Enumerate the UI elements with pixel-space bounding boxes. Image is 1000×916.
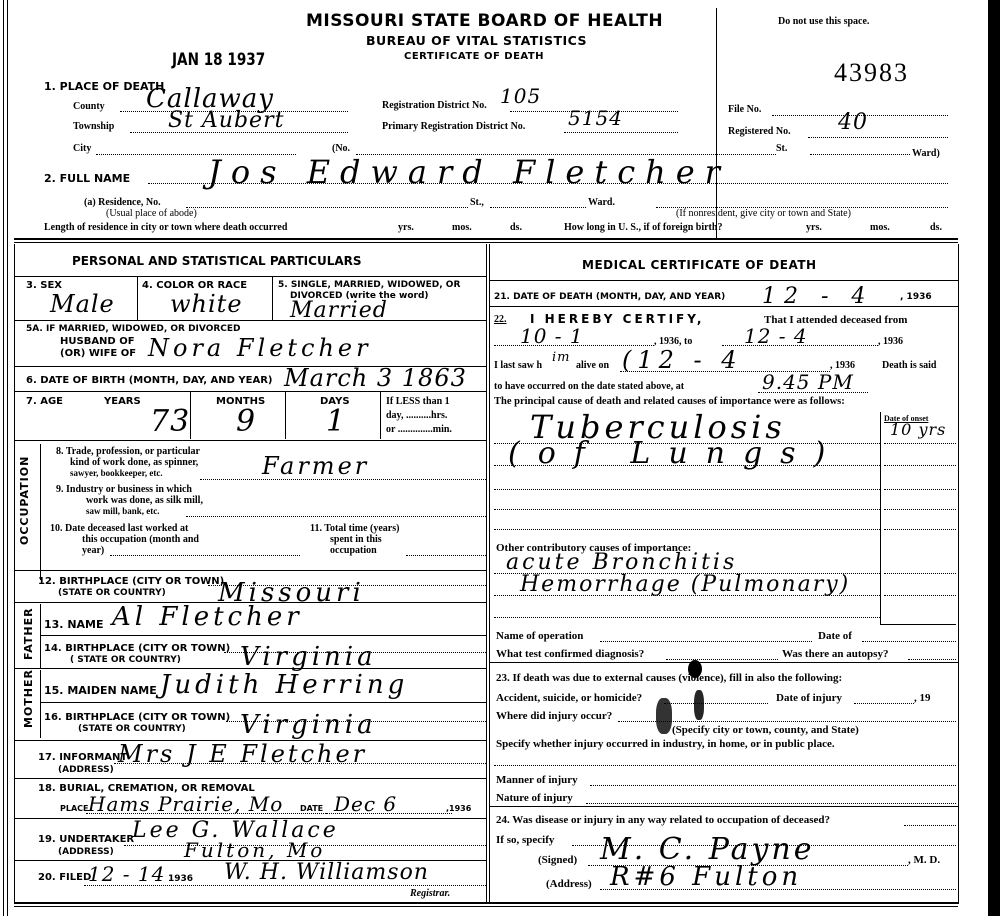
occupation-related-label: 24. Was disease or injury in any way rel…: [496, 814, 830, 826]
residence-sub: (Usual place of abode): [106, 208, 197, 219]
cause-line-5[interactable]: [494, 528, 880, 530]
last-worked-label-3: year): [82, 545, 104, 556]
row-rule: [490, 806, 958, 807]
undertaker-label: 19. UNDERTAKER: [38, 834, 134, 845]
certificate-number: 43983: [834, 58, 909, 88]
row-rule: [14, 778, 486, 779]
industry-label-2: work was done, as silk mill,: [86, 495, 203, 506]
onset-line: [884, 488, 956, 490]
industry-label-3: saw mill, bank, etc.: [86, 506, 160, 516]
time-value: 9.45 PM: [762, 370, 854, 394]
burial-date-value: Dec 6: [334, 792, 397, 816]
occupation-related-field[interactable]: [904, 824, 956, 826]
residence-st-label: St.,: [470, 197, 484, 208]
onset-line: [884, 464, 956, 466]
scan-edge: [988, 0, 1000, 916]
signed-label: (Signed): [538, 854, 577, 866]
city-label: City: [73, 143, 91, 154]
burial-year: ,1936: [446, 804, 471, 813]
center-divider: [486, 244, 487, 904]
burial-place-label: PLACE: [60, 804, 89, 813]
nature-field[interactable]: [586, 802, 956, 804]
years-label: YEARS: [104, 396, 141, 407]
foreign-ds-label: ds.: [930, 222, 942, 233]
autopsy-field[interactable]: [908, 658, 956, 660]
center-divider-2: [489, 244, 490, 904]
right-form-edge: [958, 244, 959, 904]
diagnosis-label: What test confirmed diagnosis?: [496, 648, 644, 660]
onset-line: [884, 528, 956, 530]
filed-label: 20. FILED: [38, 872, 91, 883]
manner-field[interactable]: [590, 784, 956, 786]
injury-date-label: Date of injury: [776, 692, 842, 704]
onset-bottom: [880, 624, 956, 625]
street-st-label: St.: [776, 143, 787, 154]
length-mos-label: mos.: [452, 222, 472, 233]
office-note: Do not use this space.: [778, 16, 869, 27]
operation-date-label: Date of: [818, 630, 852, 642]
diagnosis-field[interactable]: [666, 658, 778, 660]
cell-divider: [285, 391, 286, 439]
occupation-side-label: OCCUPATION: [18, 456, 31, 545]
onset-line: [884, 442, 956, 444]
dob-value: March 3 1863: [284, 364, 467, 392]
full-name-value: Jos Edward Fletcher: [208, 153, 730, 191]
file-no-label: File No.: [728, 104, 761, 115]
hours-label: day, ..........hrs.: [386, 410, 447, 421]
trade-label-1: 8. Trade, profession, or particular: [56, 446, 200, 457]
if-so-label: If so, specify: [496, 834, 554, 846]
length-yrs-label: yrs.: [398, 222, 414, 233]
cause-line-3[interactable]: [494, 488, 880, 490]
specify-city-label: (Specify city or town, county, and State…: [672, 724, 859, 736]
informant-value: Mrs J E Fletcher: [118, 740, 367, 768]
header-rule-2: [14, 242, 958, 243]
father-side-label: FATHER: [22, 607, 35, 660]
left-border-inner: [7, 0, 8, 916]
trade-label-3: sawyer, bookkeeper, etc.: [70, 468, 163, 478]
received-stamp: JAN 18 1937: [172, 50, 265, 70]
operation-label: Name of operation: [496, 630, 583, 642]
spouse-label-2: HUSBAND OF: [60, 336, 135, 347]
township-value: St Aubert: [168, 108, 284, 133]
reg-district-label: Registration District No.: [382, 100, 487, 111]
spouse-label-3: (OR) WIFE OF: [60, 348, 136, 359]
external-causes-label: 23. If death was due to external causes …: [496, 672, 842, 684]
row-rule: [490, 306, 958, 307]
registrar-label: Registrar.: [410, 888, 450, 899]
row-rule: [40, 635, 486, 636]
md-label: , M. D.: [908, 854, 940, 866]
injury-date-field[interactable]: [854, 702, 914, 704]
accident-field[interactable]: [664, 702, 768, 704]
row-rule: [14, 391, 486, 392]
principal-cause-label: The principal cause of death and related…: [494, 396, 845, 407]
physician-address: R#6 Fulton: [610, 862, 802, 892]
occurred-label: to have occurred on the date stated abov…: [494, 381, 684, 392]
bottom-rule: [14, 902, 958, 904]
residence-ward-label: Ward.: [588, 197, 615, 208]
last-saw-value: (12 - 4: [622, 346, 743, 374]
mother-birth-value: Virginia: [240, 710, 377, 740]
informant-sub: (ADDRESS): [58, 765, 114, 775]
registered-no-value: 40: [838, 110, 868, 135]
burial-date-label: DATE: [300, 804, 323, 813]
mother-bracket: [40, 670, 41, 738]
left-form-edge: [14, 244, 15, 904]
father-name-value: Al Fletcher: [112, 602, 303, 632]
primary-reg-label: Primary Registration District No.: [382, 121, 525, 132]
age-label: 7. AGE: [26, 396, 63, 407]
marital-label: 5. SINGLE, MARRIED, WIDOWED, OR: [278, 280, 460, 290]
medical-section-title: MEDICAL CERTIFICATE OF DEATH: [582, 258, 817, 272]
cause-value-2: (of Lungs): [508, 436, 843, 471]
ink-blot: [688, 660, 702, 678]
length-residence-label: Length of residence in city or town wher…: [44, 222, 287, 233]
township-label: Township: [73, 121, 114, 132]
row-rule: [490, 280, 958, 281]
length-ds-label: ds.: [510, 222, 522, 233]
registered-no-field[interactable]: [808, 136, 948, 138]
industry-label-1: 9. Industry or business in which: [56, 484, 192, 495]
father-name-label: 13. NAME: [44, 618, 104, 631]
row-rule: [40, 702, 486, 703]
last-worked-label-1: 10. Date deceased last worked at: [50, 523, 188, 534]
row-rule: [14, 668, 486, 669]
last-saw-him: im: [552, 350, 571, 365]
total-time-label-1: 11. Total time (years): [310, 523, 399, 534]
total-time-label-2: spent in this: [330, 534, 382, 545]
onset-line: [884, 572, 956, 574]
last-worked-label-2: this occupation (month and: [82, 534, 199, 545]
nonresident-note: (If nonresident, give city or town and S…: [676, 208, 851, 219]
ink-blot: [694, 690, 704, 720]
foreign-birth-label: How long in U. S., if of foreign birth?: [564, 222, 722, 233]
autopsy-label: Was there an autopsy?: [782, 648, 888, 660]
other-line-2[interactable]: [494, 594, 880, 596]
minutes-label: or ..............min.: [386, 424, 452, 435]
row-rule: [14, 570, 486, 571]
trade-label-2: kind of work done, as spinner,: [70, 457, 198, 468]
death-said-label: Death is said: [882, 360, 936, 371]
residence-label: (a) Residence, No.: [84, 197, 161, 208]
foreign-mos-label: mos.: [870, 222, 890, 233]
form-title: CERTIFICATE OF DEATH: [404, 51, 544, 62]
registered-no-label: Registered No.: [728, 126, 791, 137]
residence-ward-field[interactable]: [490, 206, 586, 208]
occupation-bracket: [40, 444, 41, 580]
reg-district-value: 105: [500, 84, 541, 108]
attended-from-value: 10 - 1: [520, 324, 584, 348]
last-saw-label: I last saw h: [494, 360, 542, 371]
dod-year: , 1936: [900, 292, 932, 302]
onset-line: [884, 508, 956, 510]
alive-on-label: alive on: [576, 360, 609, 371]
mother-name-value: Judith Herring: [160, 670, 408, 700]
manner-label: Manner of injury: [496, 774, 578, 786]
where-label: Where did injury occur?: [496, 710, 612, 722]
months-value: 9: [236, 404, 256, 439]
filed-year: 1936: [168, 874, 193, 884]
onset-divider: [880, 562, 881, 624]
row-rule: [490, 662, 958, 663]
ward-field[interactable]: [810, 153, 910, 155]
primary-reg-field[interactable]: [564, 131, 678, 133]
bureau-title: BUREAU OF VITAL STATISTICS: [366, 33, 587, 48]
race-value: white: [170, 290, 243, 318]
injury-year: , 19: [914, 692, 931, 704]
undertaker-address: Fulton, Mo: [184, 838, 325, 862]
mother-birth-sub: (STATE OR COUNTRY): [78, 724, 186, 734]
cause-line-4[interactable]: [494, 508, 880, 510]
last-worked-field[interactable]: [110, 554, 300, 556]
trade-value: Farmer: [262, 452, 369, 480]
father-birth-label: 14. BIRTHPLACE (CITY OR TOWN): [44, 643, 230, 654]
ward-label: Ward): [912, 148, 940, 159]
birthplace-sub: (STATE OR COUNTRY): [58, 588, 166, 598]
total-time-label-3: occupation: [330, 545, 377, 556]
dod-label: 21. DATE OF DEATH (MONTH, DAY, AND YEAR): [494, 292, 725, 302]
birthplace-label: 12. BIRTHPLACE (CITY OR TOWN): [38, 576, 224, 587]
row-rule: [14, 440, 486, 441]
document-title: MISSOURI STATE BOARD OF HEALTH: [306, 11, 663, 31]
father-bracket: [40, 604, 41, 668]
personal-section-title: PERSONAL AND STATISTICAL PARTICULARS: [72, 254, 362, 268]
onset-divider: [880, 412, 881, 562]
other-line-3[interactable]: [494, 616, 880, 618]
undertaker-sub: (ADDRESS): [58, 847, 114, 857]
cell-divider: [380, 391, 381, 439]
mother-name-label: 15. MAIDEN NAME: [44, 684, 157, 697]
less-than-day-label: If LESS than 1: [386, 396, 450, 407]
total-time-field[interactable]: [406, 554, 486, 556]
specify-whether-field[interactable]: [494, 764, 956, 766]
address-label: (Address): [546, 878, 592, 890]
registrar-signature: W. H. Williamson: [224, 860, 429, 885]
header-rule: [14, 238, 958, 240]
operation-date-field[interactable]: [862, 640, 956, 642]
sex-value: Male: [50, 290, 115, 318]
left-border: [3, 0, 4, 916]
industry-field[interactable]: [186, 515, 486, 517]
dob-label: 6. DATE OF BIRTH (MONTH, DAY, AND YEAR): [26, 375, 273, 386]
father-birth-sub: ( STATE OR COUNTRY): [70, 655, 181, 665]
primary-reg-value: 5154: [568, 106, 623, 130]
full-name-label: 2. FULL NAME: [44, 172, 130, 185]
operation-field[interactable]: [600, 640, 812, 642]
cell-divider: [137, 276, 138, 320]
cell-divider: [190, 391, 191, 439]
specify-whether-label: Specify whether injury occurred in indus…: [496, 738, 835, 750]
row-rule: [14, 320, 486, 321]
onset-value: 10 yrs: [890, 420, 946, 439]
onset-line: [884, 594, 956, 596]
attended-to-value: 12 - 4: [744, 324, 808, 348]
mother-side-label: MOTHER: [22, 669, 35, 728]
mother-birth-label: 16. BIRTHPLACE (CITY OR TOWN): [44, 712, 230, 723]
certify-number: 22.: [494, 314, 507, 325]
header-divider: [716, 8, 717, 238]
county-label: County: [73, 101, 105, 112]
accident-label: Accident, suicide, or homicide?: [496, 692, 642, 704]
attended-to-year: , 1936: [878, 336, 903, 347]
ink-blot: [656, 698, 672, 734]
cell-divider: [272, 276, 273, 320]
nature-label: Nature of injury: [496, 792, 573, 804]
spouse-value: Nora Fletcher: [148, 334, 372, 362]
years-value: 73: [150, 404, 190, 439]
bottom-rule-2: [14, 906, 958, 907]
filed-value: 12 - 14: [88, 862, 165, 886]
row-rule: [14, 276, 486, 277]
residence-field[interactable]: [186, 206, 468, 208]
days-value: 1: [326, 404, 346, 439]
spouse-label: 5A. IF MARRIED, WIDOWED, OR DIVORCED: [26, 324, 241, 334]
foreign-yrs-label: yrs.: [806, 222, 822, 233]
burial-place-value: Hams Prairie, Mo: [88, 792, 283, 816]
